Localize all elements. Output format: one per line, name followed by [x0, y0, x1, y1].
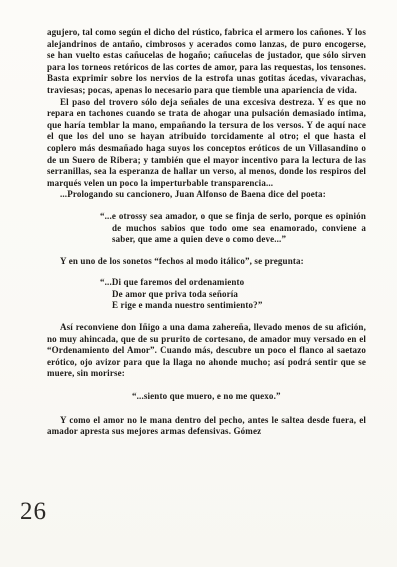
paragraph-sonetos: Y en uno de los sonetos “fechos al modo … [47, 256, 366, 268]
paragraph-amador: Y como el amor no le mana dentro del pec… [47, 415, 366, 438]
quote-siento-que-muero: “...siento que muero, e no me quexo.” [132, 391, 366, 403]
verse-line: E rige e manda nuestro sentimiento?” [100, 300, 366, 312]
verse-line: “...Di que faremos del ordenamiento [100, 277, 366, 289]
text-block: agujero, tal como según el dicho del rús… [47, 27, 366, 438]
verse-quote-soneto: “...Di que faremos del ordenamiento De a… [100, 277, 366, 312]
paragraph-trovero: El paso del trovero sólo deja señales de… [47, 97, 366, 190]
book-page: agujero, tal como según el dicho del rús… [0, 0, 397, 567]
paragraph-armero: agujero, tal como según el dicho del rús… [47, 27, 366, 97]
paragraph-prologando: ...Prologando su cancionero, Juan Alfons… [47, 189, 366, 201]
page-number: 26 [20, 498, 47, 526]
verse-line: De amor que priva toda señoría [100, 289, 366, 301]
blockquote-baena: “...e otrossy sea amador, o que se finja… [100, 211, 366, 246]
paragraph-reconviene: Así reconviene don Iñigo a una dama zahe… [47, 322, 366, 380]
